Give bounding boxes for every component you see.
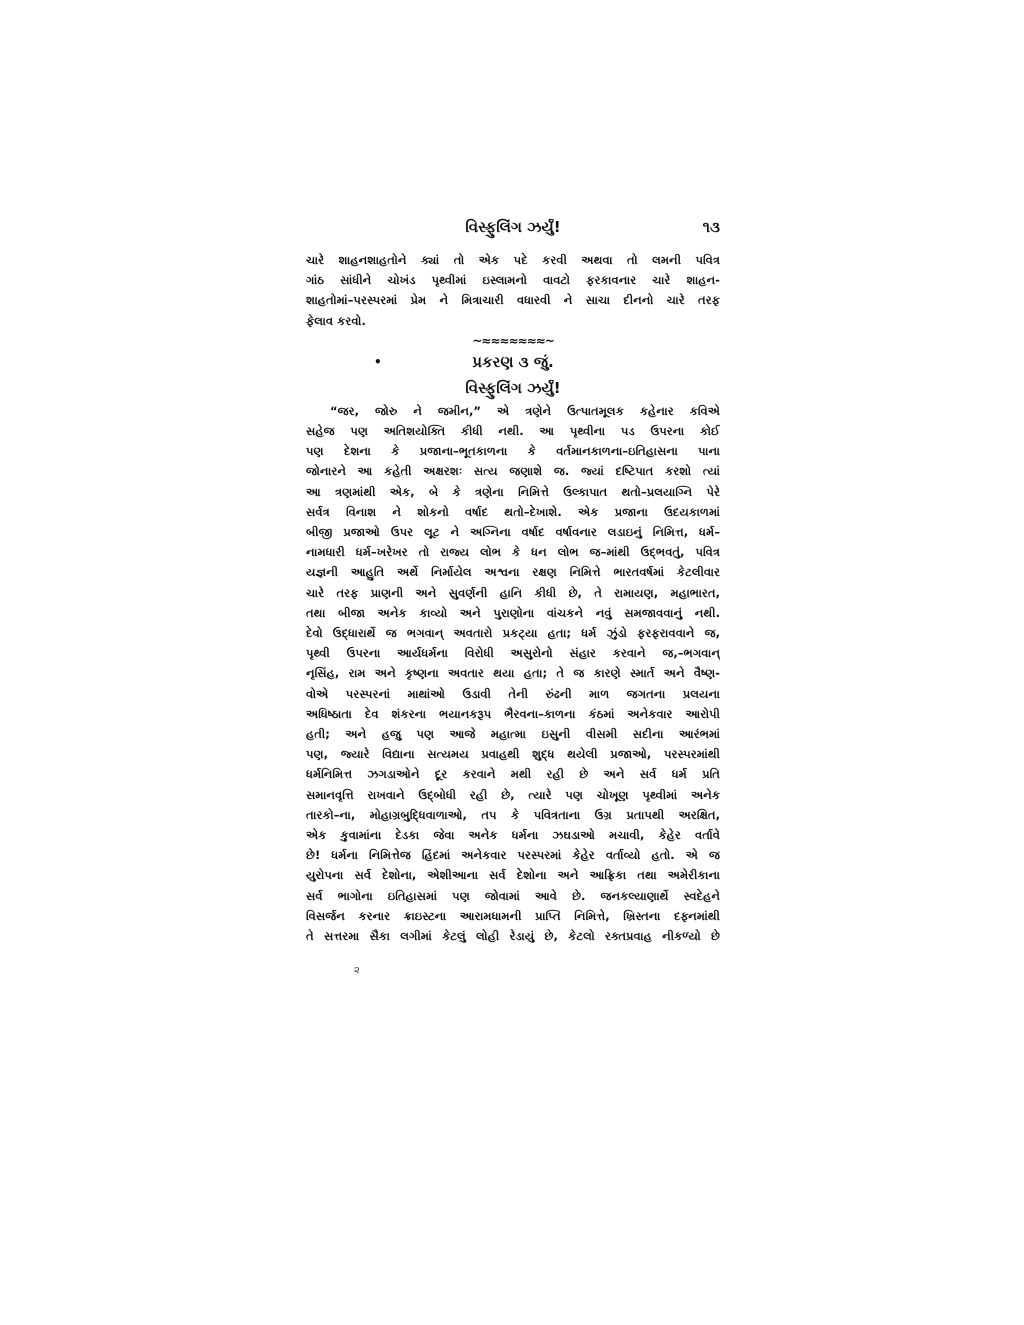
text-line: ધર્મનિમિત્ત ઝગડાઓને દૂર કરવાને મથી રહી છ…: [306, 764, 720, 784]
ornament-divider: ~≈≈≈≈≈≈≈~: [306, 333, 720, 349]
text-line: વિસર્જન કરનાર ક્રાઇસ્ટના આરામધામની પ્રાપ…: [306, 906, 720, 926]
text-line: એક કુવામાંના દેડકા જેવા અનેક ધર્મના ઝઘડા…: [306, 825, 720, 845]
text-line: ચારે તરફ પ્રાણની અને સુવર્ણની હાનિ કીધી …: [306, 583, 720, 603]
text-line: ચારે શાહનશાહતોને ક્યાં તો એક પદે કરવી અથ…: [306, 250, 720, 270]
signature-mark: ૨: [354, 965, 360, 976]
text-line: ગાંઠ સાંધીને ચોખંડ પૃથ્વીમાં ઇસ્લામનો વા…: [306, 270, 720, 290]
text-line: છે! ધર્મના નિમિત્તેજ હિંદમાં અનેકવાર પરસ…: [306, 845, 720, 865]
text-line: ફેલાવ કરવો.: [306, 311, 720, 331]
text-line: તારકો–ના, મોહાગ્રબુદ્ધિવાળાઓ, તપ કે પવિત…: [306, 805, 720, 825]
body-paragraph: “જર, જોરુ ને જમીન,” એ ત્રણેને ઉત્પાતમૂલક…: [306, 401, 720, 946]
text-line: સર્વત્ર વિનાશ ને શોકનો વર્ષાદ થતો–દેખાશે…: [306, 502, 720, 522]
text-line: તથા બીજા અનેક કાવ્યો અને પુરાણોના વાંચકન…: [306, 603, 720, 623]
text-line: પૃથ્વી ઉપરના આર્યધર્મના વિરોધી અસુરોનો સ…: [306, 643, 720, 663]
text-line: સમાનવૃત્તિ રાખવાને ઉદ્બોધી રહી છે, ત્યાર…: [306, 785, 720, 805]
page-number: ૧૩: [703, 218, 720, 236]
text-line: સહેજ પણ અતિશયોક્તિ કીધી નથી. આ પૃથ્વીના …: [306, 421, 720, 441]
text-line: પણ દેશના કે પ્રજાના–ભૂતકાળના કે વર્તમાનક…: [306, 441, 720, 461]
bullet-dot: •: [374, 349, 382, 375]
text-line: તે સત્તરમા સૈકા લગીમાં કેટલું લોહી રેડાય…: [306, 926, 720, 946]
text-line: વોએ પરસ્પરનાં માથાંઓ ઉડાવી તેની રુંઢની મ…: [306, 684, 720, 704]
chapter-number-heading: • પ્રકરણ ૩ જું.: [306, 349, 720, 375]
text-line: આ ત્રણમાંથી એક, બે કે ત્રણેના નિમિત્તે ઉ…: [306, 482, 720, 502]
text-line: યજ્ઞની આહુતિ અર્થે નિર્માયેલ અશ્વના રક્ષ…: [306, 562, 720, 582]
text-line: યુરોપના સર્વ દેશોના, એશીઆના સર્વ દેશોના …: [306, 865, 720, 885]
text-line: સર્વ ભાગોના ઇતિહાસમાં પણ જોવામાં આવે છે.…: [306, 886, 720, 906]
text-line: “જર, જોરુ ને જમીન,” એ ત્રણેને ઉત્પાતમૂલક…: [306, 401, 720, 421]
text-line: શાહતોમાં–પરસ્પરમાં પ્રેમ ને મિત્રાચારી વ…: [306, 290, 720, 310]
text-line: નામધારી ધર્મ–ખરેખર તો રાજ્ય લોભ કે ધન લો…: [306, 542, 720, 562]
chapter-title: વિસ્ફુલિંગ ઝર્યું!: [306, 375, 720, 401]
chapter-number: પ્રકરણ ૩ જું.: [472, 353, 553, 371]
text-line: જોનારને આ કહેતી અક્ષરશઃ સત્ય જણાશે જ. જ્…: [306, 461, 720, 481]
text-line: હતી; અને હજુ પણ આજે મહાત્મા ઇસુની વીસમી …: [306, 724, 720, 744]
text-line: બીજી પ્રજાઓ ઉપર લૂટ ને અગ્નિના વર્ષાદ વર…: [306, 522, 720, 542]
book-page: વિસ્ફુલિંગ ઝર્યું! ૧૩ ચારે શાહનશાહતોને ક…: [306, 218, 720, 946]
text-line: પણ, જ્યારે વિદ્યાના સત્યમય પ્રવાહથી શુદ્…: [306, 744, 720, 764]
continued-paragraph: ચારે શાહનશાહતોને ક્યાં તો એક પદે કરવી અથ…: [306, 250, 720, 331]
running-title: વિસ્ફુલિંગ ઝર્યું!: [306, 218, 720, 236]
text-line: અધિષ્ઠાતા દેવ શંકરના ભયાનકરૂપ ભૈરવના–કાળ…: [306, 704, 720, 724]
text-line: નૃસિંહ, રામ અને કૃષ્ણના અવતાર થયા હતા; ત…: [306, 663, 720, 683]
running-head: વિસ્ફુલિંગ ઝર્યું! ૧૩: [306, 218, 720, 240]
text-line: દેવો ઉદ્ધારાર્થે જ ભગવાન્ અવતારો પ્રકટ્ય…: [306, 623, 720, 643]
